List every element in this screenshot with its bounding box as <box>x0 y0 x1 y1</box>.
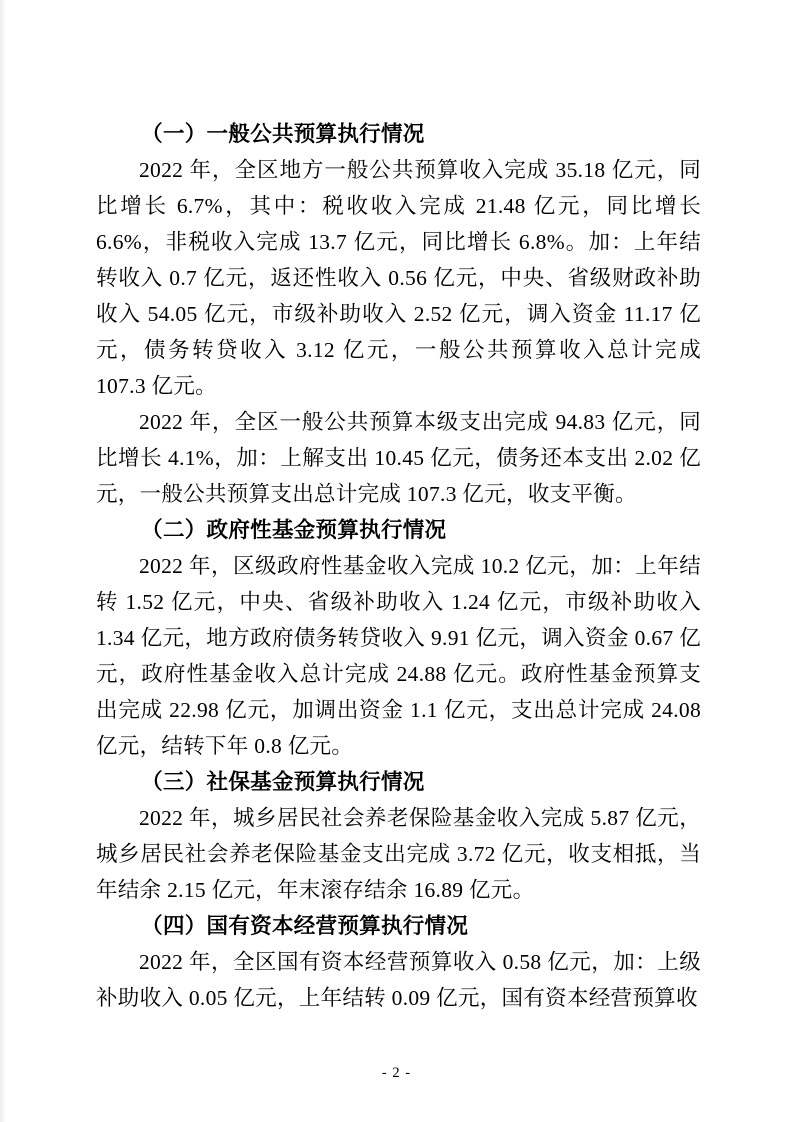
document-page: （一）一般公共预算执行情况 2022 年，全区地方一般公共预算收入完成 35.1… <box>0 0 793 1122</box>
page-number: - 2 - <box>382 1065 411 1081</box>
section-heading-1: （一）一般公共预算执行情况 <box>96 116 701 152</box>
section-state-capital-budget: （四）国有资本经营预算执行情况 2022 年，全区国有资本经营预算收入 0.58… <box>96 908 701 1016</box>
document-body: （一）一般公共预算执行情况 2022 年，全区地方一般公共预算收入完成 35.1… <box>96 116 701 1016</box>
section-heading-4: （四）国有资本经营预算执行情况 <box>96 908 701 944</box>
page-footer: - 2 - <box>0 1062 793 1084</box>
paragraph-expenditure: 2022 年，全区一般公共预算本级支出完成 94.83 亿元，同比增长 4.1%… <box>96 404 701 512</box>
paragraph-revenue: 2022 年，全区地方一般公共预算收入完成 35.18 亿元，同比增长 6.7%… <box>96 152 701 404</box>
section-social-security-budget: （三）社保基金预算执行情况 2022 年，城乡居民社会养老保险基金收入完成 5.… <box>96 764 701 908</box>
section-heading-2: （二）政府性基金预算执行情况 <box>96 512 701 548</box>
paragraph-state-capital: 2022 年，全区国有资本经营预算收入 0.58 亿元，加：上级补助收入 0.0… <box>96 944 701 1016</box>
page-scan-edge <box>0 0 6 1122</box>
paragraph-social-security: 2022 年，城乡居民社会养老保险基金收入完成 5.87 亿元，城乡居民社会养老… <box>96 800 701 908</box>
section-general-public-budget: （一）一般公共预算执行情况 2022 年，全区地方一般公共预算收入完成 35.1… <box>96 116 701 512</box>
section-government-funds-budget: （二）政府性基金预算执行情况 2022 年，区级政府性基金收入完成 10.2 亿… <box>96 512 701 764</box>
section-heading-3: （三）社保基金预算执行情况 <box>96 764 701 800</box>
paragraph-government-funds: 2022 年，区级政府性基金收入完成 10.2 亿元，加：上年结转 1.52 亿… <box>96 548 701 764</box>
